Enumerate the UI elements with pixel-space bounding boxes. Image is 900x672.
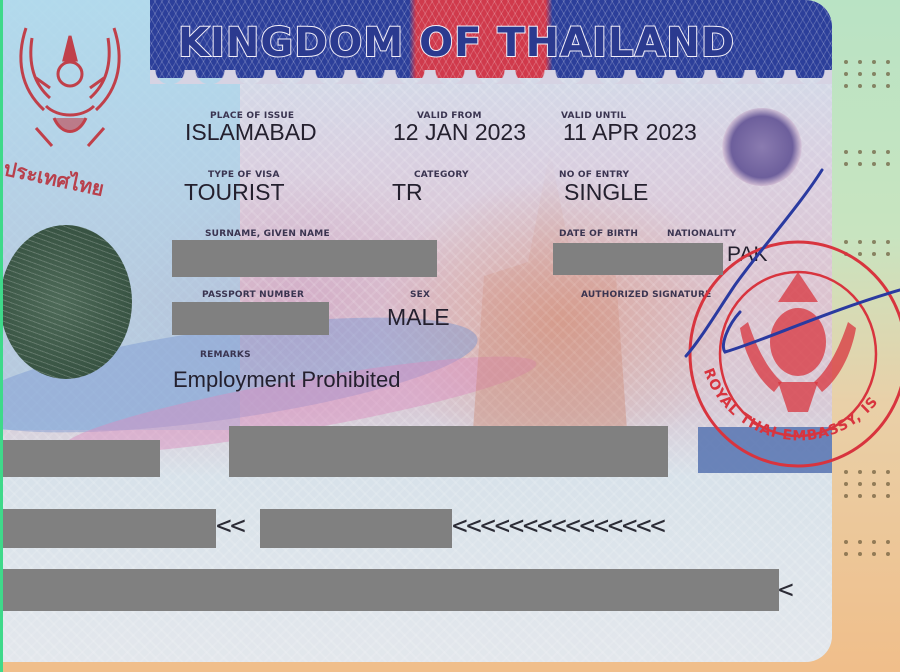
category-value: TR <box>392 179 423 206</box>
passport-number-label: PASSPORT NUMBER <box>202 290 304 300</box>
nationality-value: PAK <box>727 243 767 267</box>
redacted-mrz-segment <box>0 509 216 548</box>
remarks-value: Employment Prohibited <box>173 367 400 393</box>
type-of-visa-value: TOURIST <box>184 179 285 206</box>
redacted-field <box>229 426 668 477</box>
mrz-line1-filler-a: << <box>216 511 244 541</box>
nationality-label: NATIONALITY <box>667 229 736 239</box>
header-title: KINGDOM OF THAILAND <box>178 20 735 66</box>
name-label: SURNAME, GIVEN NAME <box>205 229 330 239</box>
embassy-seal-icon <box>722 108 802 186</box>
header-banner: KINGDOM OF THAILAND <box>150 0 832 78</box>
hologram-seal <box>0 225 132 379</box>
redacted-field <box>0 440 160 477</box>
redacted-mrz-line2 <box>0 569 779 611</box>
redacted-name <box>172 240 437 277</box>
sex-label: SEX <box>410 290 430 300</box>
screen-edge <box>0 0 3 672</box>
passport-page-perforation <box>838 0 900 672</box>
redacted-passport-number <box>172 302 329 335</box>
visa-sticker: KINGDOM OF THAILAND ประเทศไทย PLACE OF I… <box>0 0 832 662</box>
date-of-birth-label: DATE OF BIRTH <box>559 229 638 239</box>
mrz-line1-filler-b: <<<<<<<<<<<<<<< <box>452 511 664 541</box>
valid-from-value: 12 JAN 2023 <box>393 119 526 146</box>
garuda-emblem-icon <box>6 18 134 166</box>
place-of-issue-value: ISLAMABAD <box>185 119 317 146</box>
no-of-entry-value: SINGLE <box>564 179 648 206</box>
security-strip <box>698 427 832 473</box>
mrz-line2-filler: < <box>778 575 792 605</box>
redacted-mrz-segment <box>260 509 452 548</box>
authorized-signature-label: AUTHORIZED SIGNATURE <box>581 290 711 300</box>
remarks-label: REMARKS <box>200 350 251 360</box>
redacted-date-of-birth <box>553 243 723 275</box>
valid-until-value: 11 APR 2023 <box>563 119 697 146</box>
sex-value: MALE <box>387 304 450 331</box>
